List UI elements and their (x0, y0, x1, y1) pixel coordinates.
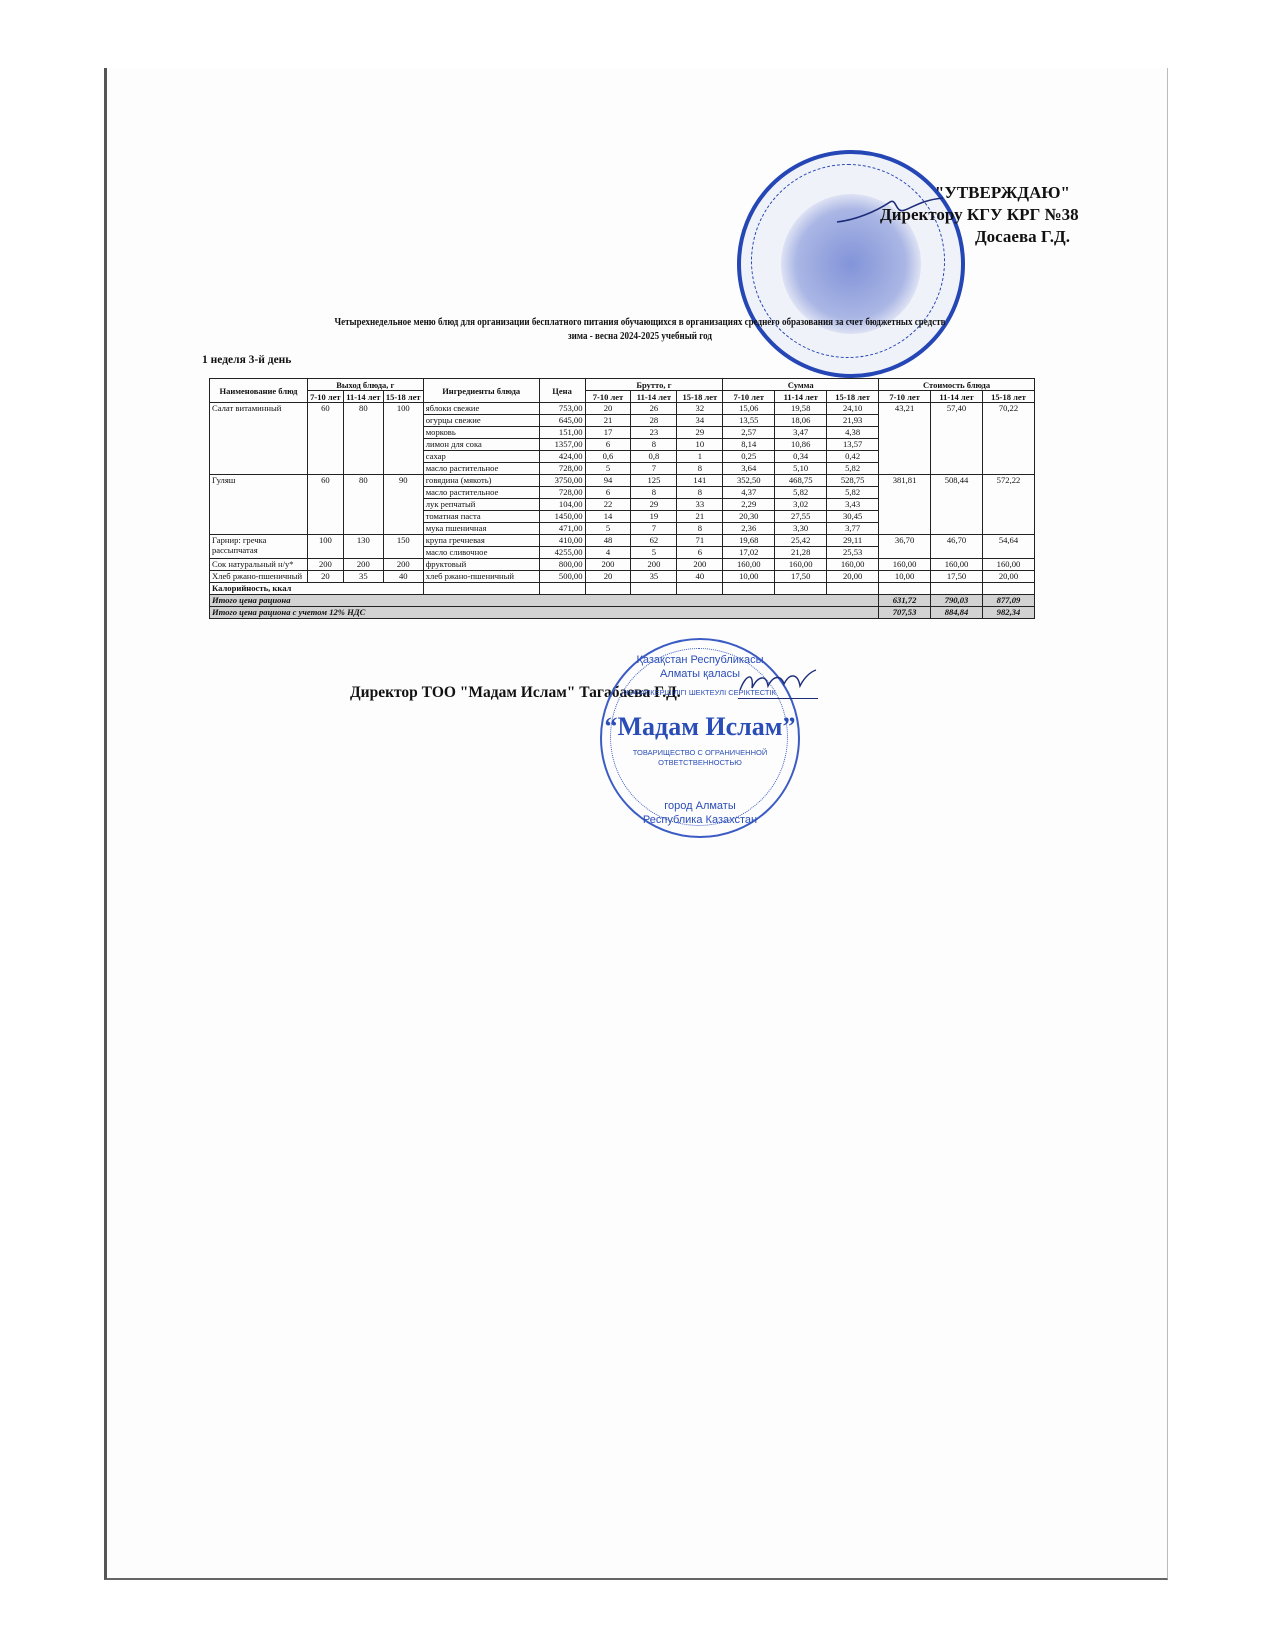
ingredient-sum: 13,55 (723, 415, 775, 427)
ingredient-brutto: 0,8 (631, 451, 677, 463)
dish-cost: 381,81 (879, 475, 931, 535)
ingredient-sum: 4,38 (827, 427, 879, 439)
ingredient-sum: 21,93 (827, 415, 879, 427)
ingredient-name: масло растительное (423, 463, 539, 475)
dish-cost: 20,00 (982, 571, 1034, 583)
ingredient-brutto: 62 (631, 535, 677, 547)
ingredient-brutto: 33 (677, 499, 723, 511)
director-signature (738, 668, 818, 699)
ingredient-sum: 0,25 (723, 451, 775, 463)
ingredient-price: 4255,00 (539, 547, 585, 559)
ingredient-name: томатная паста (423, 511, 539, 523)
ingredient-price: 424,00 (539, 451, 585, 463)
ingredient-sum: 25,53 (827, 547, 879, 559)
ingredient-sum: 0,42 (827, 451, 879, 463)
ingredient-sum: 15,06 (723, 403, 775, 415)
ingredient-sum: 25,42 (775, 535, 827, 547)
age-header: 15-18 лет (982, 391, 1034, 403)
ingredient-price: 104,00 (539, 499, 585, 511)
ingredient-name: морковь (423, 427, 539, 439)
ingredient-price: 3750,00 (539, 475, 585, 487)
age-header-row: 7-10 лет 11-14 лет 15-18 лет 7-10 лет 11… (210, 391, 1035, 403)
dish-cost: 70,22 (982, 403, 1034, 475)
age-header: 15-18 лет (827, 391, 879, 403)
ingredient-brutto: 29 (677, 427, 723, 439)
ingredient-brutto: 4 (585, 547, 631, 559)
ingredient-sum: 160,00 (827, 559, 879, 571)
total-value: 877,09 (982, 595, 1034, 607)
ingredient-sum: 160,00 (775, 559, 827, 571)
total-vat-value: 982,34 (982, 607, 1034, 619)
ingredient-sum: 24,10 (827, 403, 879, 415)
ingredient-brutto: 6 (585, 487, 631, 499)
ingredient-name: говядина (мякоть) (423, 475, 539, 487)
table-row: Хлеб ржано-пшеничный203540хлеб ржано-пше… (210, 571, 1035, 583)
dish-cost: 46,70 (931, 535, 983, 559)
dish-yield: 80 (343, 403, 383, 475)
age-header: 11-14 лет (631, 391, 677, 403)
age-header: 7-10 лет (723, 391, 775, 403)
ingredient-brutto: 8 (631, 487, 677, 499)
ingredient-name: хлеб ржано-пшеничный (423, 571, 539, 583)
dish-yield: 200 (383, 559, 423, 571)
ingredient-sum: 17,02 (723, 547, 775, 559)
header-brutto: Брутто, г (585, 379, 723, 391)
age-header: 7-10 лет (879, 391, 931, 403)
dish-yield: 150 (383, 535, 423, 559)
ingredient-name: яблоки свежие (423, 403, 539, 415)
ingredient-brutto: 29 (631, 499, 677, 511)
ingredient-brutto: 10 (677, 439, 723, 451)
ingredient-brutto: 26 (631, 403, 677, 415)
table-row: Гуляш608090говядина (мякоть)3750,0094125… (210, 475, 1035, 487)
ingredient-sum: 2,36 (723, 523, 775, 535)
ingredient-brutto: 125 (631, 475, 677, 487)
ingredient-brutto: 40 (677, 571, 723, 583)
ingredient-brutto: 35 (631, 571, 677, 583)
ingredient-price: 151,00 (539, 427, 585, 439)
ingredient-brutto: 200 (631, 559, 677, 571)
age-header: 15-18 лет (677, 391, 723, 403)
dish-cost: 43,21 (879, 403, 931, 475)
ingredient-sum: 3,77 (827, 523, 879, 535)
ingredient-price: 500,00 (539, 571, 585, 583)
dish-cost: 54,64 (982, 535, 1034, 559)
ingredient-price: 410,00 (539, 535, 585, 547)
ingredient-brutto: 48 (585, 535, 631, 547)
ingredient-brutto: 8 (631, 439, 677, 451)
dish-cost: 160,00 (931, 559, 983, 571)
ingredient-name: крупа гречневая (423, 535, 539, 547)
dish-yield: 80 (343, 475, 383, 535)
dish-yield: 100 (307, 535, 343, 559)
ingredient-sum: 4,37 (723, 487, 775, 499)
ingredient-sum: 19,68 (723, 535, 775, 547)
total-vat-row: Итого цена рациона с учетом 12% НДС 707,… (210, 607, 1035, 619)
ingredient-sum: 3,30 (775, 523, 827, 535)
ingredient-brutto: 141 (677, 475, 723, 487)
ingredient-price: 728,00 (539, 487, 585, 499)
header-price: Цена (539, 379, 585, 403)
ingredient-sum: 160,00 (723, 559, 775, 571)
menu-table-body: Салат витаминный6080100яблоки свежие753,… (210, 403, 1035, 583)
dish-yield: 90 (383, 475, 423, 535)
age-header: 11-14 лет (931, 391, 983, 403)
ingredient-brutto: 200 (677, 559, 723, 571)
ingredient-name: фруктовый (423, 559, 539, 571)
ingredient-name: сахар (423, 451, 539, 463)
ingredient-price: 471,00 (539, 523, 585, 535)
age-header: 7-10 лет (585, 391, 631, 403)
ingredient-brutto: 94 (585, 475, 631, 487)
ingredient-name: масло растительное (423, 487, 539, 499)
ingredient-brutto: 7 (631, 523, 677, 535)
ingredient-sum: 20,00 (827, 571, 879, 583)
ingredient-sum: 8,14 (723, 439, 775, 451)
dish-yield: 20 (307, 571, 343, 583)
dish-name: Гуляш (210, 475, 308, 535)
ingredient-sum: 19,58 (775, 403, 827, 415)
dish-yield: 100 (383, 403, 423, 475)
ingredient-brutto: 5 (631, 547, 677, 559)
title-line-2: зима - весна 2024-2025 учебный год (287, 330, 992, 344)
ingredient-sum: 29,11 (827, 535, 879, 547)
ingredient-sum: 2,57 (723, 427, 775, 439)
dish-cost: 160,00 (982, 559, 1034, 571)
ingredient-sum: 0,34 (775, 451, 827, 463)
ingredient-name: масло сливочное (423, 547, 539, 559)
age-header: 11-14 лет (775, 391, 827, 403)
ingredient-price: 800,00 (539, 559, 585, 571)
ingredient-brutto: 7 (631, 463, 677, 475)
age-header: 15-18 лет (383, 391, 423, 403)
ingredient-brutto: 21 (585, 415, 631, 427)
dish-yield: 200 (343, 559, 383, 571)
stamp-text: Қазақстан Республикасы (602, 654, 798, 666)
header-ingredients: Ингредиенты блюда (423, 379, 539, 403)
total-value: 790,03 (931, 595, 983, 607)
ingredient-brutto: 71 (677, 535, 723, 547)
dish-cost: 36,70 (879, 535, 931, 559)
header-yield: Выход блюда, г (307, 379, 423, 391)
stamp-text: ТОВАРИЩЕСТВО С ОГРАНИЧЕННОЙ ОТВЕТСТВЕННО… (602, 748, 798, 768)
calories-label: Калорийность, ккал (210, 583, 424, 595)
ingredient-brutto: 19 (631, 511, 677, 523)
approval-block: "УТВЕРЖДАЮ" Директору КГУ КРГ №38 Досаев… (880, 182, 1070, 248)
total-vat-value: 707,53 (879, 607, 931, 619)
header-dish-name: Наименование блюд (210, 379, 308, 403)
ingredient-sum: 528,75 (827, 475, 879, 487)
dish-cost: 57,40 (931, 403, 983, 475)
ingredient-sum: 352,50 (723, 475, 775, 487)
ingredient-price: 753,00 (539, 403, 585, 415)
ingredient-brutto: 8 (677, 463, 723, 475)
dish-name: Сок натуральный н/у* (210, 559, 308, 571)
ingredient-sum: 5,10 (775, 463, 827, 475)
ingredient-sum: 10,86 (775, 439, 827, 451)
ingredient-brutto: 5 (585, 523, 631, 535)
ingredient-brutto: 17 (585, 427, 631, 439)
ingredient-sum: 5,82 (827, 487, 879, 499)
ingredient-brutto: 0,6 (585, 451, 631, 463)
ingredient-sum: 3,43 (827, 499, 879, 511)
ingredient-sum: 17,50 (775, 571, 827, 583)
ingredient-brutto: 8 (677, 523, 723, 535)
ingredient-brutto: 34 (677, 415, 723, 427)
dish-yield: 35 (343, 571, 383, 583)
header-cost: Стоимость блюда (879, 379, 1035, 391)
ingredient-sum: 5,82 (775, 487, 827, 499)
total-vat-label: Итого цена рациона с учетом 12% НДС (210, 607, 879, 619)
approval-position: Директору КГУ КРГ №38 (880, 204, 1070, 226)
ingredient-name: лук репчатый (423, 499, 539, 511)
ingredient-brutto: 6 (585, 439, 631, 451)
calories-row: Калорийность, ккал (210, 583, 1035, 595)
ingredient-brutto: 5 (585, 463, 631, 475)
ingredient-brutto: 20 (585, 571, 631, 583)
ingredient-brutto: 14 (585, 511, 631, 523)
ingredient-price: 728,00 (539, 463, 585, 475)
week-day-label: 1 неделя 3-й день (202, 354, 291, 366)
ingredient-sum: 13,57 (827, 439, 879, 451)
ingredient-brutto: 20 (585, 403, 631, 415)
ingredient-brutto: 32 (677, 403, 723, 415)
dish-yield: 40 (383, 571, 423, 583)
ingredient-brutto: 8 (677, 487, 723, 499)
total-vat-value: 884,84 (931, 607, 983, 619)
ingredient-sum: 3,02 (775, 499, 827, 511)
approval-heading: "УТВЕРЖДАЮ" (880, 182, 1070, 204)
dish-name: Гарнир: гречка рассыпчатая (210, 535, 308, 559)
ingredient-sum: 30,45 (827, 511, 879, 523)
dish-name: Салат витаминный (210, 403, 308, 475)
total-label: Итого цена рациона (210, 595, 879, 607)
ingredient-brutto: 23 (631, 427, 677, 439)
ingredient-brutto: 21 (677, 511, 723, 523)
total-value: 631,72 (879, 595, 931, 607)
ingredient-price: 1450,00 (539, 511, 585, 523)
stamp-text: Республика Казахстан (602, 814, 798, 826)
ingredient-sum: 21,28 (775, 547, 827, 559)
ingredient-sum: 27,55 (775, 511, 827, 523)
ingredient-price: 645,00 (539, 415, 585, 427)
dish-cost: 17,50 (931, 571, 983, 583)
ingredient-sum: 2,29 (723, 499, 775, 511)
table-row: Сок натуральный н/у*200200200фруктовый80… (210, 559, 1035, 571)
ingredient-sum: 20,30 (723, 511, 775, 523)
menu-table: Наименование блюд Выход блюда, г Ингреди… (209, 378, 1035, 619)
ingredient-brutto: 28 (631, 415, 677, 427)
ingredient-sum: 3,47 (775, 427, 827, 439)
ingredient-sum: 3,64 (723, 463, 775, 475)
dish-yield: 200 (307, 559, 343, 571)
ingredient-brutto: 22 (585, 499, 631, 511)
header-sum: Сумма (723, 379, 879, 391)
ingredient-sum: 5,82 (827, 463, 879, 475)
ingredient-brutto: 200 (585, 559, 631, 571)
ingredient-name: лимон для сока (423, 439, 539, 451)
age-header: 7-10 лет (307, 391, 343, 403)
table-row: Салат витаминный6080100яблоки свежие753,… (210, 403, 1035, 415)
document-title: Четырехнедельное меню блюд для организац… (287, 316, 992, 344)
dish-name: Хлеб ржано-пшеничный (210, 571, 308, 583)
dish-cost: 10,00 (879, 571, 931, 583)
stamp-company-name: “Мадам Ислам” (602, 712, 798, 742)
title-line-1: Четырехнедельное меню блюд для организац… (287, 316, 992, 330)
ingredient-sum: 468,75 (775, 475, 827, 487)
ingredient-name: мука пшеничная (423, 523, 539, 535)
ingredient-brutto: 1 (677, 451, 723, 463)
dish-cost: 572,22 (982, 475, 1034, 535)
ingredient-brutto: 6 (677, 547, 723, 559)
dish-yield: 130 (343, 535, 383, 559)
dish-cost: 160,00 (879, 559, 931, 571)
dish-yield: 60 (307, 475, 343, 535)
ingredient-sum: 10,00 (723, 571, 775, 583)
age-header: 11-14 лет (343, 391, 383, 403)
table-row: Гарнир: гречка рассыпчатая100130150крупа… (210, 535, 1035, 547)
approval-person: Досаева Г.Д. (880, 226, 1070, 248)
total-row: Итого цена рациона 631,72 790,03 877,09 (210, 595, 1035, 607)
ingredient-name: огурцы свежие (423, 415, 539, 427)
ingredient-price: 1357,00 (539, 439, 585, 451)
ingredient-sum: 18,06 (775, 415, 827, 427)
dish-yield: 60 (307, 403, 343, 475)
stamp-text: город Алматы (602, 800, 798, 812)
dish-cost: 508,44 (931, 475, 983, 535)
